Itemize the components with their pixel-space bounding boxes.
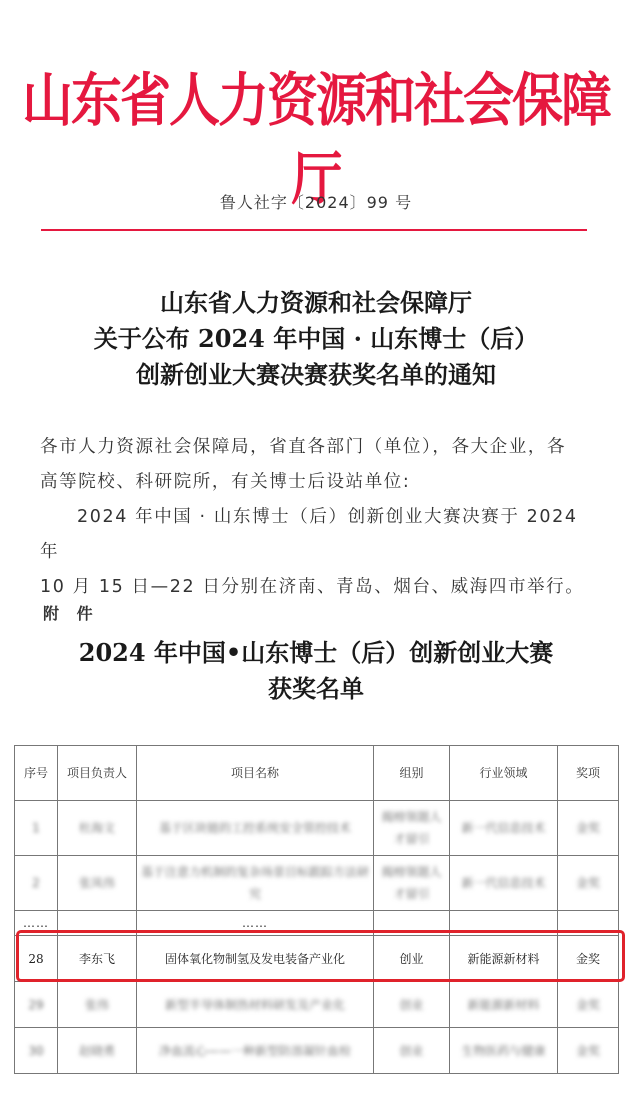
- cell-project: 净血流心——一种新型防溶凝针血栓: [137, 1028, 374, 1074]
- attachment-title: 2024 年中国•山东博士（后）创新创业大赛 获奖名单: [0, 635, 632, 707]
- header-lead: 项目负责人: [58, 746, 137, 801]
- notice-title-line3: 创新创业大赛决赛获奖名单的通知: [0, 357, 632, 393]
- cell-award: 金奖: [558, 1028, 619, 1074]
- document-number: 鲁人社字〔2024〕99 号: [0, 190, 632, 213]
- awards-table: 序号 项目负责人 项目名称 组别 行业领域 奖项 1 杜海文 基于区块链的工控系…: [14, 745, 619, 1074]
- attachment-title-line2: 获奖名单: [0, 671, 632, 707]
- cell-project: 基于区块链的工控系统安全管控技术: [137, 801, 374, 856]
- cell-project: 基于注意力机制的复杂场景目标跟踪方法研究: [137, 856, 374, 911]
- table-row: 1 杜海文 基于区块链的工控系统安全管控技术 揭榜领题人才留引 新一代信息技术 …: [15, 801, 619, 856]
- cell-group: 创业: [374, 936, 450, 982]
- salutation-line1: 各市人力资源社会保障局，省直各部门（单位），各大企业，各: [40, 430, 600, 465]
- header-group: 组别: [374, 746, 450, 801]
- cell-no: 28: [15, 936, 58, 982]
- cell-field: 新能源新材料: [450, 982, 558, 1028]
- table-row: 29 张伟 新型半导体制热材料研发及产业化 创业 新能源新材料 金奖: [15, 982, 619, 1028]
- cell-award: 金奖: [558, 801, 619, 856]
- attachment-label: 附 件: [43, 601, 99, 624]
- cell-no: 1: [15, 801, 58, 856]
- cell-no: ……: [15, 911, 58, 936]
- header-no: 序号: [15, 746, 58, 801]
- cell-award: 金奖: [558, 936, 619, 982]
- attachment-title-line1: 2024 年中国•山东博士（后）创新创业大赛: [0, 635, 632, 671]
- notice-title-line2: 关于公布 2024 年中国 · 山东博士（后）: [0, 321, 632, 357]
- table-row-highlighted: 28 李东飞 固体氧化物制氢及发电装备产业化 创业 新能源新材料 金奖: [15, 936, 619, 982]
- header-project: 项目名称: [137, 746, 374, 801]
- red-divider: [41, 229, 587, 231]
- notice-title: 山东省人力资源和社会保障厅 关于公布 2024 年中国 · 山东博士（后） 创新…: [0, 285, 632, 393]
- cell-group: 揭榜领题人才留引: [374, 801, 450, 856]
- cell-field: [450, 911, 558, 936]
- cell-project: 固体氧化物制氢及发电装备产业化: [137, 936, 374, 982]
- notice-body: 各市人力资源社会保障局，省直各部门（单位），各大企业，各 高等院校、科研院所，有…: [40, 430, 600, 605]
- cell-lead: 张伟: [58, 982, 137, 1028]
- cell-group: 创业: [374, 982, 450, 1028]
- cell-award: 金奖: [558, 856, 619, 911]
- cell-award: 金奖: [558, 982, 619, 1028]
- paragraph-line1: 2024 年中国 · 山东博士（后）创新创业大赛决赛于 2024 年: [40, 500, 600, 570]
- paragraph-line2: 10 月 15 日—22 日分别在济南、青岛、烟台、威海四市举行。: [40, 570, 600, 605]
- cell-no: 2: [15, 856, 58, 911]
- header-field: 行业领域: [450, 746, 558, 801]
- cell-lead: 赵晓勇: [58, 1028, 137, 1074]
- cell-award: [558, 911, 619, 936]
- cell-project: 新型半导体制热材料研发及产业化: [137, 982, 374, 1028]
- cell-group: 揭榜领题人才留引: [374, 856, 450, 911]
- cell-field: 新能源新材料: [450, 936, 558, 982]
- cell-field: 新一代信息技术: [450, 856, 558, 911]
- cell-group: 创业: [374, 1028, 450, 1074]
- cell-lead: 李东飞: [58, 936, 137, 982]
- salutation-line2: 高等院校、科研院所，有关博士后设站单位:: [40, 465, 600, 500]
- cell-project: ……: [137, 911, 374, 936]
- table-header-row: 序号 项目负责人 项目名称 组别 行业领域 奖项: [15, 746, 619, 801]
- cell-lead: 张凤伟: [58, 856, 137, 911]
- table-row: 2 张凤伟 基于注意力机制的复杂场景目标跟踪方法研究 揭榜领题人才留引 新一代信…: [15, 856, 619, 911]
- table-row: 30 赵晓勇 净血流心——一种新型防溶凝针血栓 创业 生物医药与健康 金奖: [15, 1028, 619, 1074]
- cell-no: 29: [15, 982, 58, 1028]
- cell-no: 30: [15, 1028, 58, 1074]
- cell-group: [374, 911, 450, 936]
- cell-field: 新一代信息技术: [450, 801, 558, 856]
- table-row-ellipsis: …… ……: [15, 911, 619, 936]
- header-award: 奖项: [558, 746, 619, 801]
- cell-field: 生物医药与健康: [450, 1028, 558, 1074]
- cell-lead: 杜海文: [58, 801, 137, 856]
- cell-lead: [58, 911, 137, 936]
- notice-title-line1: 山东省人力资源和社会保障厅: [0, 285, 632, 321]
